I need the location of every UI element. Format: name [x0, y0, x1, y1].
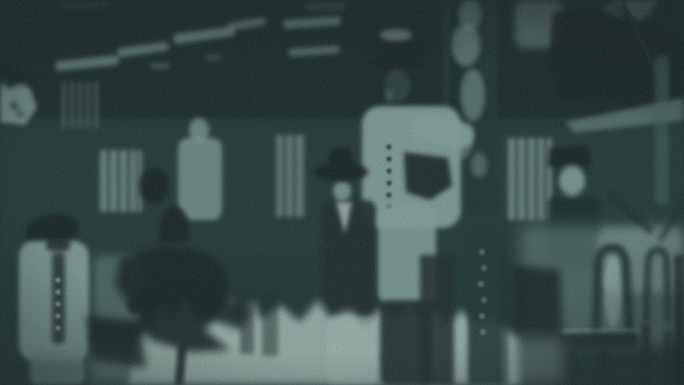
archival-photo-scene	[0, 0, 684, 385]
film-grain-light	[0, 0, 684, 385]
finishing-layers	[0, 0, 684, 385]
archival-photo-frame	[0, 0, 684, 385]
